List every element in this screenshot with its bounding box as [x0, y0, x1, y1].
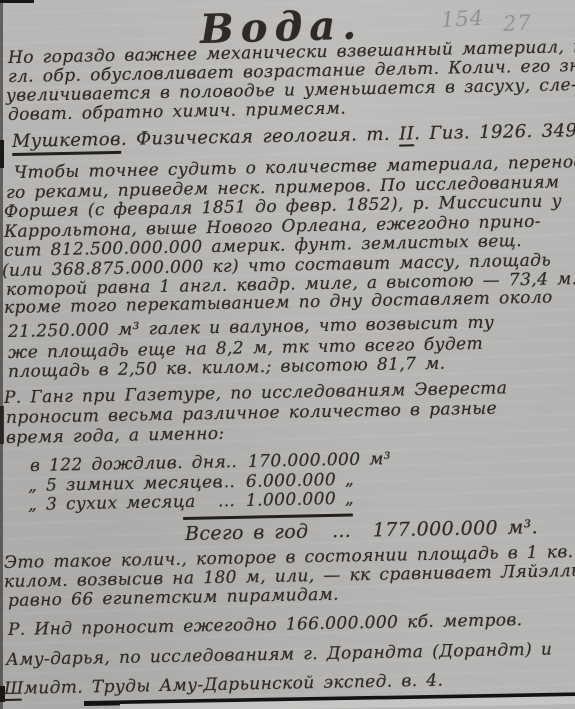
amudarya-line-2: Шмидт. Труды Аму-Дарьинской экспед. в. 4… [4, 671, 444, 699]
scan-edge-top [0, 0, 34, 3]
total-value: 177.000.000 м³. [373, 516, 539, 541]
volume-numeral: II [399, 123, 414, 146]
scan-mark [0, 140, 4, 168]
reference-mid: . Физическая геология. т. [121, 124, 400, 150]
volume-cell: 1.000.000 „ [246, 489, 355, 511]
reference-tail: . Гиз. 1926. 349 [414, 120, 575, 144]
sum-rule [183, 513, 353, 519]
total-line: Всего в год … 177.000.000 м³. [185, 516, 539, 545]
leader-dots: … [218, 491, 246, 512]
scan-edge-left [0, 0, 3, 709]
pencil-page-number-1: 154 [440, 6, 484, 32]
reference-line: Мушкетов. Физическая геология. т. II. Ги… [12, 120, 575, 152]
leader-dots: … [218, 472, 246, 493]
leader-dots: … [332, 520, 352, 542]
author-name: Мушкетов [12, 129, 121, 156]
ganges-line-3: время года, а именно: [6, 424, 225, 448]
amudarya-line-1: Аму-дарья, по исследованиям г. Дорандта … [6, 640, 553, 670]
total-label: Всего в год [185, 521, 309, 545]
pencil-page-number-2: 27 [502, 11, 532, 36]
leader-dots: … [220, 452, 248, 473]
volume-cell: 170.000.000 м³ [248, 449, 391, 472]
scan-mark [0, 406, 4, 444]
underline-mark [4, 699, 22, 701]
indus-line: Р. Инд проносит ежегодно 166.000.000 кб.… [8, 610, 523, 640]
period-cell: „ 3 сухих месяца [28, 491, 218, 515]
manuscript-page: Вода. 154 27 Но гораздо важнее механичес… [0, 0, 575, 709]
